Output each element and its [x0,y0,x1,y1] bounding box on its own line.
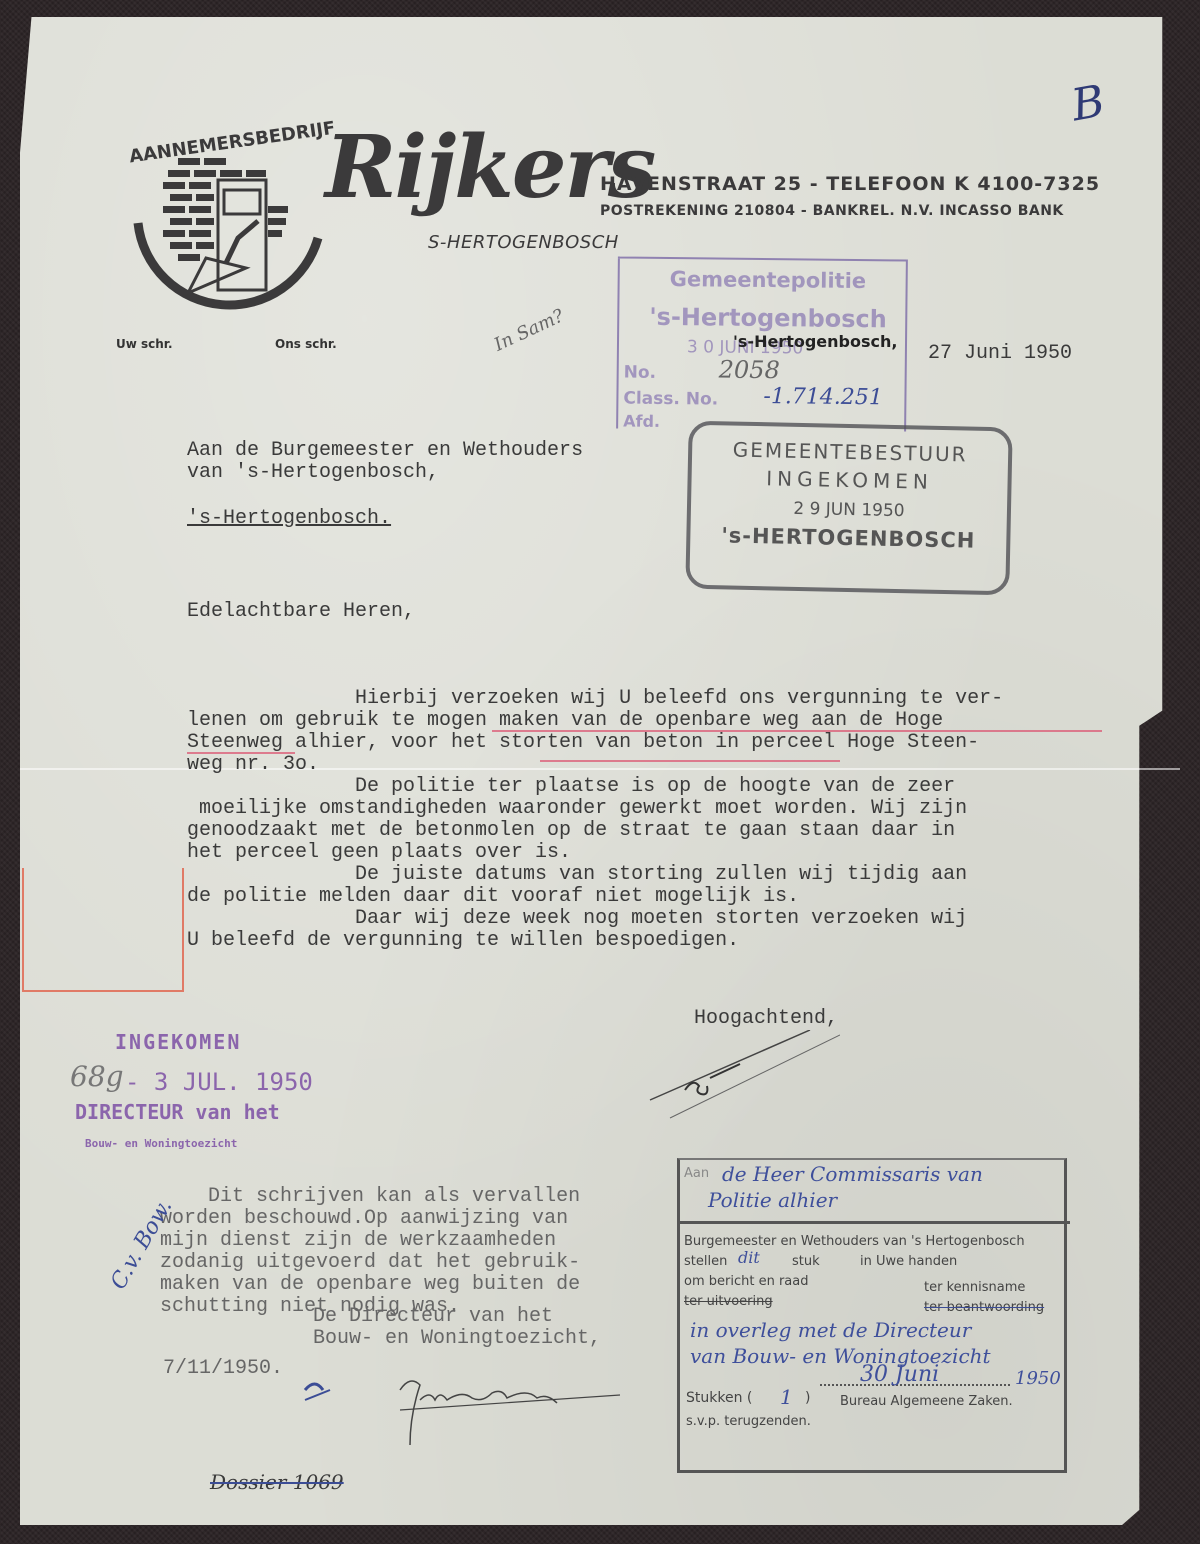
brand-name: Rijkers [325,125,654,211]
police-stamp-no-label: No. [624,363,657,383]
red-pencil-box [22,868,184,992]
slip-advice: om bericht en raad [684,1274,808,1289]
letter-place: 's-Hertogenbosch, [733,332,897,351]
red-underline [492,730,1102,732]
slip-ter-kennisname: ter kennisname [924,1280,1025,1295]
slip-stukken-count: 1 [780,1385,793,1409]
slip-header: Burgemeester en Wethouders van 's Hertog… [684,1234,1025,1249]
slip-stuk-label: stuk [792,1254,820,1269]
directorate-stamp-line4: Bouw- en Woningtoezicht [85,1137,237,1150]
slip-recipient-2: Politie alhier [708,1188,837,1212]
director-signature-icon [300,1370,640,1450]
red-pencil-box-edge [22,868,24,990]
directorate-stamp-line1: INGEKOMEN [115,1030,241,1054]
directorate-stamp-number: 68g [70,1060,124,1093]
slip-return-label: s.v.p. terugzenden. [686,1414,811,1429]
slip-stellen-label: stellen [684,1254,727,1269]
body-line: U beleefd de vergunning te willen bespoe… [187,930,1003,952]
directorate-stamp-date: - 3 JUL. 1950 [125,1068,313,1096]
slip-aan-label: Aan [684,1166,709,1181]
police-stamp-line1: Gemeentepolitie [670,267,867,293]
body-line: de politie melden daar dit vooraf niet m… [187,886,1003,908]
sender-signature-icon [640,1030,840,1120]
uw-schr-label: Uw schr. [116,337,173,351]
slip-note-1: in overleg met de Directeur [690,1318,971,1342]
body-line: De politie ter plaatse is op de hoogte v… [187,776,1003,798]
received-stamp-city: 's-HERTOGENBOSCH [690,523,1006,554]
received-stamp-date: 2 9 JUN 1950 [691,497,1007,524]
addressee-line1: Aan de Burgemeester en Wethouders [187,440,583,462]
directorate-stamp-line3: DIRECTEUR van het [75,1100,280,1124]
slip-ter-uitvoering: ter uitvoering [684,1294,773,1309]
body-line: Daar wij deze week nog moeten storten ve… [187,908,1003,930]
salutation: Edelachtbare Heren, [187,601,415,623]
body-line: De juiste datums van storting zullen wij… [187,864,1003,886]
annotation-sign-line2: Bouw- en Woningtoezicht, [313,1328,601,1350]
received-stamp-line2: INGEKOMEN [691,465,1007,496]
annotation-line: maken van de openbare weg buiten de [160,1274,580,1296]
annotation-line: zodanig uitgevoerd dat het gebruik- [160,1252,580,1274]
slip-stukken-label: Stukken ( [686,1390,752,1406]
slip-stukken-close: ) [805,1390,810,1406]
police-stamp-class-value: -1.714.251 [763,384,883,410]
slip-divider [680,1221,1070,1224]
body-line: moeilijke omstandigheden waaronder gewer… [187,798,1003,820]
body-line: Hierbij verzoeken wij U beleefd ons verg… [187,688,1003,710]
body-line: genoodzaakt met de betonmolen op de stra… [187,820,1003,842]
bank-line: POSTREKENING 210804 - BANKREL. N.V. INCA… [600,203,1064,219]
received-stamp-line1: GEMEENTEBESTUUR [692,437,1008,468]
police-stamp-afd-label: Afd. [623,412,660,431]
body-line: Steenweg alhier, voor het storten van be… [187,732,1003,754]
logo-arc-text: AANNEMERSBEDRIJF [128,118,337,167]
annotation-date: 7/11/1950. [163,1358,283,1380]
annotation-line: mijn dienst zijn de werkzaamheden [160,1230,580,1252]
body-line: het perceel geen plaats over is. [187,842,1003,864]
slip-year: 1950 [1015,1368,1061,1389]
red-underline [187,752,295,754]
police-stamp-line2: 's-Hertogenbosch [649,303,887,333]
brand-city: S-HERTOGENBOSCH [428,232,619,253]
addressee-city: 's-Hertogenbosch. [187,508,391,530]
slip-stuk-hand: dit [738,1248,760,1267]
dossier-number: Dossier 1069 [210,1470,344,1494]
annotation-sign-line1: De Directeur van het [313,1306,553,1328]
closing: Hoogachtend, [694,1008,838,1030]
address-line: HAVENSTRAAT 25 - TELEFOON K 4100-7325 [600,173,1100,195]
red-underline [540,760,840,762]
police-stamp-no-value: 2058 [719,356,780,385]
annotation-line: Dit schrijven kan als vervallen [160,1186,580,1208]
letter-date: 27 Juni 1950 [928,343,1072,365]
letter-body: Hierbij verzoeken wij U beleefd ons verg… [187,688,1003,952]
ons-schr-label: Ons schr. [275,337,337,351]
director-annotation: Dit schrijven kan als vervallen worden b… [160,1186,580,1318]
slip-note-2: van Bouw- en Woningtoezicht [690,1344,991,1368]
annotation-line: worden beschouwd.Op aanwijzing van [160,1208,580,1230]
brick-trowel-logo-icon: AANNEMERSBEDRIJF [118,118,348,318]
slip-date-hand: 30 Juni [860,1362,939,1387]
body-line: lenen om gebruik te mogen maken van de o… [187,710,1003,732]
addressee-line2: van 's-Hertogenbosch, [187,462,439,484]
routing-slip: Aan de Heer Commissaris van Politie alhi… [677,1158,1067,1473]
slip-recipient-1: de Heer Commissaris van [722,1162,983,1186]
police-stamp-class-label: Class. No. [623,389,718,410]
slip-in-handen: in Uwe handen [860,1254,957,1269]
body-line: weg nr. 3o. [187,754,1003,776]
slip-ter-beantwoording: ter beantwoording [924,1300,1044,1315]
received-stamp: GEMEENTEBESTUUR INGEKOMEN 2 9 JUN 1950 '… [685,421,1012,596]
slip-bureau: Bureau Algemeene Zaken. [840,1394,1013,1409]
